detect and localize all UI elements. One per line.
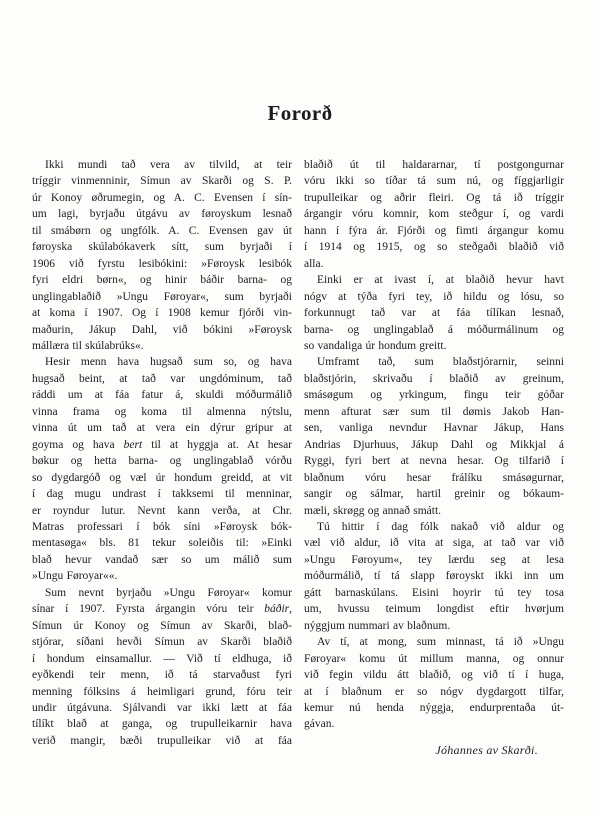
text-line: væl við aldur, ið vita at siga, at tað v… [304, 535, 564, 551]
italic-text: báðir [264, 603, 289, 615]
text-line: at í blaðnum er so nógv dygdargott tilfa… [304, 684, 564, 700]
text-segment: forkunnugt tað var at fáa tílíkan lesnað… [304, 307, 564, 319]
paragraph: Hesir menn hava hugsað sum so, og havahu… [32, 354, 292, 584]
text-segment: Føroyar« komu út millum manna, og onnur [304, 653, 564, 665]
text-segment: trupulleikar og aðrir fleiri. Og tá ið t… [304, 192, 564, 204]
text-line: trupulleikar og aðrir fleiri. Og tá ið t… [304, 190, 564, 206]
left-column: Ikki mundi tað vera av tilvild, at teirt… [32, 157, 292, 758]
text-segment: mállæra til skúlabrúks«. [32, 340, 144, 352]
text-line: blaðið út til haldararnar, tí postgongur… [304, 157, 564, 173]
text-segment: nógv at týða fyri tey, ið hildu og lósu,… [304, 291, 564, 303]
text-line: Umframt tað, sum blaðstjórarnir, seinni [304, 354, 564, 370]
text-line: bøkur og hetta barna- og unglingablað vó… [32, 453, 292, 469]
text-line: »Ungu Føroyar««. [32, 568, 292, 584]
text-line: alla. [304, 256, 564, 272]
text-segment: blaðstjórin, skrivaðu í blaðið av greinu… [304, 373, 564, 385]
italic-text: bert [124, 439, 143, 451]
text-line: vinna út um tað at vera ein dýrur gripur… [32, 420, 292, 436]
text-segment: mentasøga« bls. 81 tekur soleiðis til: »… [32, 537, 292, 549]
paragraph: Einki er at ivast í, at blaðið hevur hav… [304, 272, 564, 354]
text-segment: tríggir vinmenninir, Símun av Skarði og … [32, 175, 292, 187]
text-segment: »Ungu Føroyar««. [32, 570, 117, 582]
book-page: Fororð Ikki mundi tað vera av tilvild, a… [0, 0, 600, 817]
text-segment: Tú hittir í dag fólk nakað við aldur og [317, 521, 564, 533]
text-line: maðurin, Jákup Dahl, við bókini »Føroysk [32, 322, 292, 338]
text-segment: til smábørn og ungfólk. A. C. Evensen ga… [32, 225, 292, 237]
text-segment: Ikki mundi tað vera av tilvild, at teir [45, 159, 292, 171]
text-line: so vandaliga úr hondum greitt. [304, 338, 564, 354]
text-line: blaðstjórin, skrivaðu í blaðið av greinu… [304, 371, 564, 387]
text-line: barna- og unglingablað á móðurmálinum og [304, 322, 564, 338]
text-segment: smásøgum og yrkingum, fingu teir góðar [304, 389, 564, 401]
text-line: mæli, skrøgg og annað smátt. [304, 503, 564, 519]
text-segment: í dag mugu undrast í takksemi til mennin… [32, 488, 292, 500]
text-line: Matras professari í bók síni »Føroysk bó… [32, 519, 292, 535]
text-line: smásøgum og yrkingum, fingu teir góðar [304, 387, 564, 403]
text-line: Tú hittir í dag fólk nakað við aldur og [304, 519, 564, 535]
text-line: Einki er at ivast í, at blaðið hevur hav… [304, 272, 564, 288]
text-line: unglingablaðið »Ungu Føroyar«, sum byrja… [32, 289, 292, 305]
text-line: mállæra til skúlabrúks«. [32, 338, 292, 354]
text-line: forkunnugt tað var at fáa tílíkan lesnað… [304, 305, 564, 321]
text-segment: um, hvussu teimum longdist eftir hvørjum [304, 603, 564, 615]
text-line: hann í fýra ár. Fjórði og fimti árgangur… [304, 223, 564, 239]
paragraph: Sum nevnt byrjaðu »Ungu Føroyar« komursí… [32, 585, 292, 750]
text-segment: væl við aldur, ið vita at siga, at tað v… [304, 537, 564, 549]
text-line: við fegin vildu átt blaðið, og við tí í … [304, 667, 564, 683]
text-segment: Hesir menn hava hugsað sum so, og hava [45, 356, 292, 368]
text-line: gávan. [304, 716, 564, 732]
author-signature: Jóhannes av Skarði. [304, 742, 564, 758]
text-segment: menn afturat sær sum til dømis Jakob Han… [304, 406, 564, 418]
text-segment: til at hyggja at. At hesar [142, 439, 292, 451]
text-segment: alla. [304, 258, 323, 270]
text-segment: gátt barnaskúlans. Eisini hoyrir tú tey … [304, 587, 564, 599]
text-segment: Einki er at ivast í, at blaðið hevur hav… [317, 274, 564, 286]
text-line: blaðnum vóru hesar frálíku smásøgurnar, [304, 470, 564, 486]
text-line: til smábørn og ungfólk. A. C. Evensen ga… [32, 223, 292, 239]
text-line: Hesir menn hava hugsað sum so, og hava [32, 354, 292, 370]
text-line: tílíkt blað at ganga, og trupulleikarnir… [32, 716, 292, 732]
text-segment: maðurin, Jákup Dahl, við bókini »Føroysk [32, 324, 292, 336]
text-line: sen, vanliga nevndur Havnar Jákup, Hans [304, 420, 564, 436]
text-segment: blað hevur vandað sær so um málið sum [32, 554, 292, 566]
text-segment: føroyska skúlabókaverk sítt, sum byrjaði… [32, 241, 292, 253]
paragraph: Umframt tað, sum blaðstjórarnir, seinnib… [304, 354, 564, 519]
right-column: blaðið út til haldararnar, tí postgongur… [304, 157, 564, 758]
text-segment: blaðið út til haldararnar, tí postgongur… [304, 159, 564, 171]
text-line: fyri eldri børn«, og hinir báðir barna- … [32, 272, 292, 288]
paragraph: blaðið út til haldararnar, tí postgongur… [304, 157, 564, 272]
paragraph: Tú hittir í dag fólk nakað við aldur ogv… [304, 519, 564, 634]
text-segment: »Ungu Føroyum«, tey lærdu seg at lesa [304, 554, 564, 566]
text-segment: hann í fýra ár. Fjórði og fimti árgangur… [304, 225, 564, 237]
text-segment: sen, vanliga nevndur Havnar Jákup, Hans [304, 422, 564, 434]
text-line: sínar í 1907. Fyrsta árgangin vóru teir … [32, 601, 292, 617]
text-line: »Ungu Føroyum«, tey lærdu seg at lesa [304, 552, 564, 568]
text-line: goyma og hava bert til at hyggja at. At … [32, 437, 292, 453]
text-segment: fyri eldri børn«, og hinir báðir barna- … [32, 274, 292, 286]
page-title: Fororð [0, 101, 600, 126]
text-line: móðurmálið, tí tá slapp føroyskt ikki in… [304, 568, 564, 584]
text-line: árgangir vóru komnir, kom steðgur í, og … [304, 206, 564, 222]
text-line: Ikki mundi tað vera av tilvild, at teir [32, 157, 292, 173]
text-segment: sínar í 1907. Fyrsta árgangin vóru teir [32, 603, 264, 615]
text-segment: úr Konoy øðrumegin, og A. C. Evensen í s… [32, 192, 292, 204]
text-segment: sangir og sálmar, hartil greinir og bóka… [304, 488, 564, 500]
text-line: um, hvussu teimum longdist eftir hvørjum [304, 601, 564, 617]
text-line: undir útgávuna. Sjálvandi var ikki lætt … [32, 700, 292, 716]
text-segment: unglingablaðið »Ungu Føroyar«, sum byrja… [32, 291, 292, 303]
text-segment: Andrias Djurhuus, Jákup Dahl og Mikkjal … [304, 439, 564, 451]
text-segment: vóru ikki so tíðar tá sum nú, og fíggjar… [304, 175, 564, 187]
text-segment: Ryggi, fyri bert at nevna hesar. Og tilf… [304, 455, 564, 467]
text-segment: so vandaliga úr hondum greitt. [304, 340, 446, 352]
text-segment: Matras professari í bók síni »Føroysk bó… [32, 521, 292, 533]
text-segment: at í blaðnum er so nógv dygdargott tilfa… [304, 686, 564, 698]
text-segment: í hondum einsamallur. — Við tí eldhuga, … [32, 653, 292, 665]
text-line: nýggjum nummari av blaðnum. [304, 618, 564, 634]
text-segment: goyma og hava [32, 439, 124, 451]
text-line: menn afturat sær sum til dømis Jakob Han… [304, 404, 564, 420]
text-columns: Ikki mundi tað vera av tilvild, at teirt… [32, 157, 564, 758]
text-line: Sum nevnt byrjaðu »Ungu Føroyar« komur [32, 585, 292, 601]
text-line: Ryggi, fyri bert at nevna hesar. Og tilf… [304, 453, 564, 469]
text-segment: undir útgávuna. Sjálvandi var ikki lætt … [32, 702, 292, 714]
text-segment: vinna út um tað at vera ein dýrur gripur… [32, 422, 292, 434]
text-segment: kemur nú henda nýggja, endurprentaða út- [304, 702, 564, 714]
text-line: at koma í 1907. Og í 1908 kemur fjórði v… [32, 305, 292, 321]
text-line: Andrias Djurhuus, Jákup Dahl og Mikkjal … [304, 437, 564, 453]
text-line: blað hevur vandað sær so um málið sum [32, 552, 292, 568]
text-line: eyðkendi teir menn, ið tá starvaðust fyr… [32, 667, 292, 683]
text-line: í 1914 og 1915, og so steðgaði blaðið vi… [304, 239, 564, 255]
text-line: Føroyar« komu út millum manna, og onnur [304, 651, 564, 667]
text-segment: bøkur og hetta barna- og unglingablað vó… [32, 455, 292, 467]
text-segment: eyðkendi teir menn, ið tá starvaðust fyr… [32, 669, 292, 681]
text-line: tríggir vinmenninir, Símun av Skarði og … [32, 173, 292, 189]
text-line: so dygdargóð og væl úr hondum greidd, at… [32, 470, 292, 486]
text-line: føroyska skúlabókaverk sítt, sum byrjaði… [32, 239, 292, 255]
text-segment: er royndur lutur. Nevnt kann verða, at C… [32, 505, 292, 517]
text-line: Símun úr Konoy og Símun av Skarði, blað- [32, 618, 292, 634]
paragraph: Ikki mundi tað vera av tilvild, at teirt… [32, 157, 292, 354]
text-segment: so dygdargóð og væl úr hondum greidd, at… [32, 472, 292, 484]
text-line: menning fólksins á heimligari grund, fór… [32, 684, 292, 700]
text-segment: í 1914 og 1915, og so steðgaði blaðið vi… [304, 241, 564, 253]
text-segment: Sum nevnt byrjaðu »Ungu Føroyar« komur [45, 587, 292, 599]
text-segment: 1906 við fyrstu lesibókini: »Føroysk les… [32, 258, 292, 270]
text-line: verið mangir, bæði trupulleikar við at f… [32, 733, 292, 749]
text-segment: ráddi um at fáa fatur á, skuldi móðurmál… [32, 389, 292, 401]
text-segment: árgangir vóru komnir, kom steðgur í, og … [304, 208, 564, 220]
text-segment: menning fólksins á heimligari grund, fór… [32, 686, 292, 698]
text-segment: mæli, skrøgg og annað smátt. [304, 505, 441, 517]
text-line: gátt barnaskúlans. Eisini hoyrir tú tey … [304, 585, 564, 601]
text-segment: Símun úr Konoy og Símun av Skarði, blað- [32, 620, 292, 632]
text-segment: nýggjum nummari av blaðnum. [304, 620, 450, 632]
text-line: í hondum einsamallur. — Við tí eldhuga, … [32, 651, 292, 667]
text-segment: um lagi, byrjaðu útgávu av føroyskum les… [32, 208, 292, 220]
text-segment: stjórar, síðani hevði Símun av Skarði bl… [32, 636, 292, 648]
text-line: um lagi, byrjaðu útgávu av føroyskum les… [32, 206, 292, 222]
text-segment: verið mangir, bæði trupulleikar við at f… [32, 735, 292, 747]
text-line: mentasøga« bls. 81 tekur soleiðis til: »… [32, 535, 292, 551]
text-line: Av tí, at mong, sum minnast, tá ið »Ungu [304, 634, 564, 650]
text-segment: blaðnum vóru hesar frálíku smásøgurnar, [304, 472, 564, 484]
paragraph: Av tí, at mong, sum minnast, tá ið »Ungu… [304, 634, 564, 733]
text-line: vóru ikki so tíðar tá sum nú, og fíggjar… [304, 173, 564, 189]
text-line: úr Konoy øðrumegin, og A. C. Evensen í s… [32, 190, 292, 206]
text-segment: gávan. [304, 718, 334, 730]
text-segment: móðurmálið, tí tá slapp føroyskt ikki in… [304, 570, 564, 582]
text-segment: við fegin vildu átt blaðið, og við tí í … [304, 669, 564, 681]
text-line: í dag mugu undrast í takksemi til mennin… [32, 486, 292, 502]
text-line: kemur nú henda nýggja, endurprentaða út- [304, 700, 564, 716]
text-segment: , [289, 603, 292, 615]
text-line: er royndur lutur. Nevnt kann verða, at C… [32, 503, 292, 519]
text-segment: Av tí, at mong, sum minnast, tá ið »Ungu [317, 636, 564, 648]
text-segment: tílíkt blað at ganga, og trupulleikarnir… [32, 718, 292, 730]
text-line: 1906 við fyrstu lesibókini: »Føroysk les… [32, 256, 292, 272]
text-segment: hugsað beint, at tað var ungdóminum, tað [32, 373, 292, 385]
text-segment: Umframt tað, sum blaðstjórarnir, seinni [317, 356, 564, 368]
text-line: stjórar, síðani hevði Símun av Skarði bl… [32, 634, 292, 650]
text-line: ráddi um at fáa fatur á, skuldi móðurmál… [32, 387, 292, 403]
text-segment: barna- og unglingablað á móðurmálinum og [304, 324, 564, 336]
text-segment: vinna frama og koma til almenna nýtslu, [32, 406, 292, 418]
text-segment: at koma í 1907. Og í 1908 kemur fjórði v… [32, 307, 292, 319]
text-line: vinna frama og koma til almenna nýtslu, [32, 404, 292, 420]
text-line: sangir og sálmar, hartil greinir og bóka… [304, 486, 564, 502]
text-line: nógv at týða fyri tey, ið hildu og lósu,… [304, 289, 564, 305]
text-line: hugsað beint, at tað var ungdóminum, tað [32, 371, 292, 387]
